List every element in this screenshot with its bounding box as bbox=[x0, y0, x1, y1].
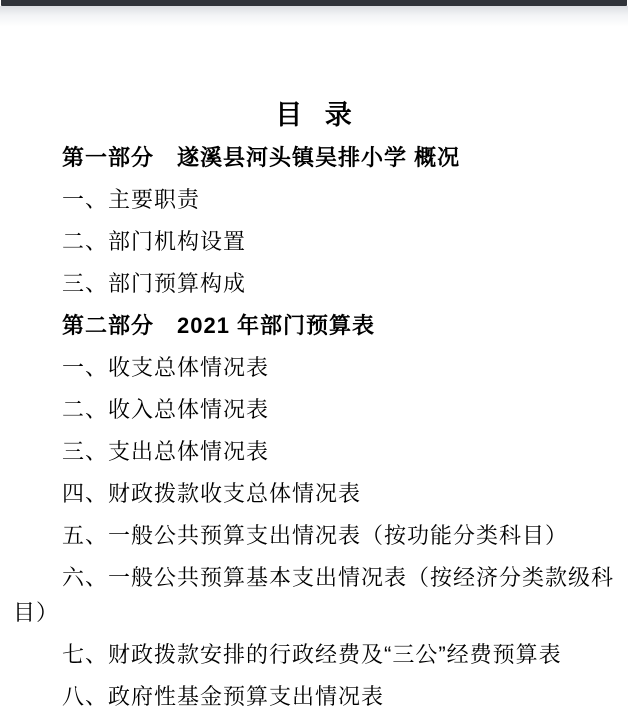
toc-entry-part2-6: 六、一般公共预算基本支出情况表（按经济分类款级科目） bbox=[13, 560, 615, 630]
toc-entry-part1-2: 二、部门机构设置 bbox=[13, 224, 615, 259]
toc-entry-part2-1: 一、收支总体情况表 bbox=[13, 350, 615, 385]
toc-title: 目 录 bbox=[13, 97, 615, 133]
toc-entry-part2-8: 八、政府性基金预算支出情况表 bbox=[13, 679, 615, 710]
toc-entry-part2-5: 五、一般公共预算支出情况表（按功能分类科目） bbox=[13, 518, 615, 553]
toc-part-1-heading: 第一部分 遂溪县河头镇吴排小学 概况 bbox=[13, 140, 615, 175]
toc-entry-part2-7: 七、财政拨款安排的行政经费及“三公”经费预算表 bbox=[13, 637, 615, 672]
toc-entry-part2-3: 三、支出总体情况表 bbox=[13, 434, 615, 469]
toc-entry-part2-4: 四、财政拨款收支总体情况表 bbox=[13, 476, 615, 511]
toc-part-2-heading: 第二部分 2021 年部门预算表 bbox=[13, 308, 615, 343]
toc-entry-part1-1: 一、主要职责 bbox=[13, 182, 615, 217]
toc-entry-part1-3: 三、部门预算构成 bbox=[13, 266, 615, 301]
document-page: 目 录 第一部分 遂溪县河头镇吴排小学 概况 一、主要职责 二、部门机构设置 三… bbox=[0, 0, 628, 710]
toc-entry-part2-2: 二、收入总体情况表 bbox=[13, 392, 615, 427]
